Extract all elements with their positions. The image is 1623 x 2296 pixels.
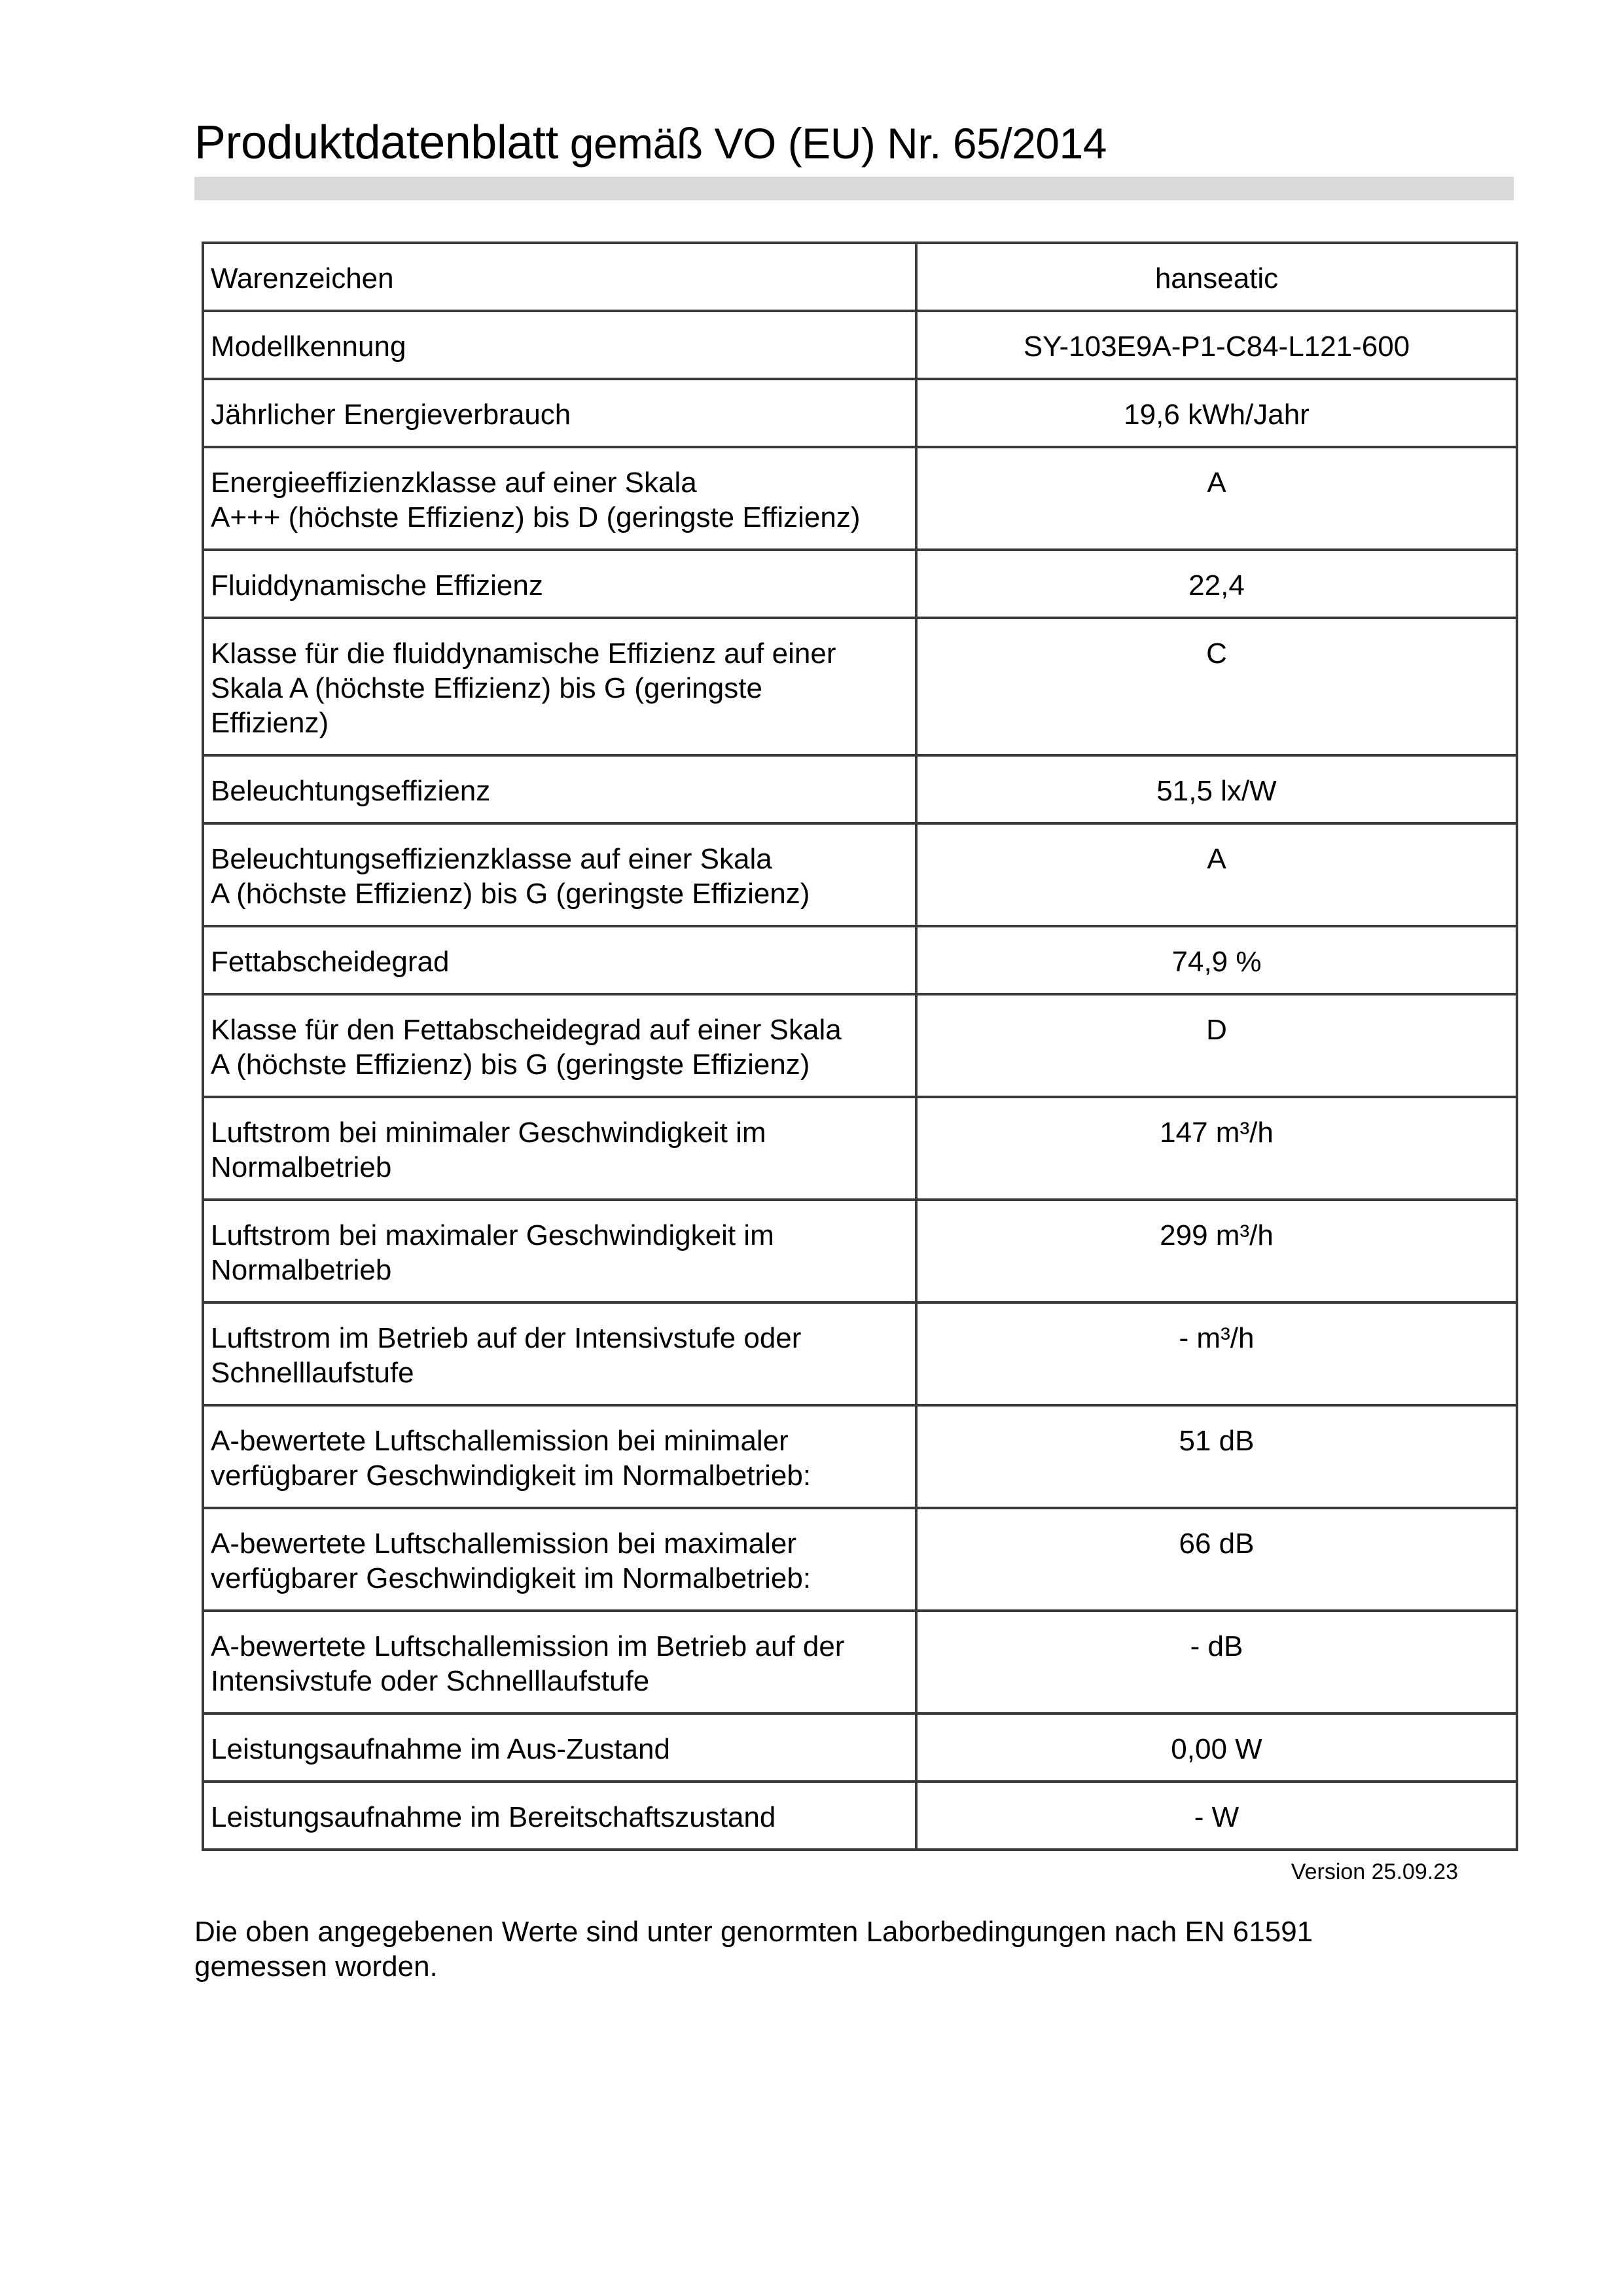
product-data-table: WarenzeichenhanseaticModellkennungSY-103… <box>202 242 1518 1851</box>
page-title: Produktdatenblatt gemäß VO (EU) Nr. 65/2… <box>194 115 1107 171</box>
table-row: Klasse für den Fettabscheidegrad auf ein… <box>203 994 1517 1097</box>
table-row: Warenzeichenhanseatic <box>203 243 1517 311</box>
row-value: C <box>916 618 1517 755</box>
row-label: Jährlicher Energieverbrauch <box>203 379 916 447</box>
version-label: Version 25.09.23 <box>1291 1859 1458 1885</box>
table-row: A-bewertete Luftschallemission im Betrie… <box>203 1611 1517 1713</box>
row-label: A-bewertete Luftschallemission bei maxim… <box>203 1508 916 1611</box>
table-row: Fettabscheidegrad74,9 % <box>203 926 1517 994</box>
row-label: Beleuchtungseffizienz <box>203 755 916 823</box>
row-value: 66 dB <box>916 1508 1517 1611</box>
table-row: Klasse für die fluiddynamische Effizienz… <box>203 618 1517 755</box>
table-row: ModellkennungSY-103E9A-P1-C84-L121-600 <box>203 311 1517 379</box>
title-main: Produktdatenblatt <box>194 117 558 169</box>
row-value: - m³/h <box>916 1302 1517 1405</box>
row-label: Warenzeichen <box>203 243 916 311</box>
row-value: A <box>916 447 1517 550</box>
table-row: Beleuchtungseffizienz51,5 lx/W <box>203 755 1517 823</box>
row-value: 22,4 <box>916 550 1517 618</box>
row-value: A <box>916 823 1517 926</box>
row-label: Energieeffizienzklasse auf einer Skala A… <box>203 447 916 550</box>
row-label: Leistungsaufnahme im Bereitschaftszustan… <box>203 1782 916 1850</box>
row-label: Luftstrom im Betrieb auf der Intensivstu… <box>203 1302 916 1405</box>
table-row: Luftstrom bei maximaler Geschwindigkeit … <box>203 1200 1517 1302</box>
row-label: Klasse für die fluiddynamische Effizienz… <box>203 618 916 755</box>
row-label: Luftstrom bei maximaler Geschwindigkeit … <box>203 1200 916 1302</box>
row-value: D <box>916 994 1517 1097</box>
row-value: SY-103E9A-P1-C84-L121-600 <box>916 311 1517 379</box>
title-regulation: gemäß VO (EU) Nr. 65/2014 <box>558 119 1107 168</box>
row-label: Fluiddynamische Effizienz <box>203 550 916 618</box>
table-row: Luftstrom bei minimaler Geschwindigkeit … <box>203 1097 1517 1200</box>
row-label: Beleuchtungseffizienzklasse auf einer Sk… <box>203 823 916 926</box>
title-underline-bar <box>194 177 1514 200</box>
table-row: Fluiddynamische Effizienz22,4 <box>203 550 1517 618</box>
table-row: A-bewertete Luftschallemission bei minim… <box>203 1405 1517 1508</box>
table-row: Beleuchtungseffizienzklasse auf einer Sk… <box>203 823 1517 926</box>
table-row: A-bewertete Luftschallemission bei maxim… <box>203 1508 1517 1611</box>
row-value: 0,00 W <box>916 1713 1517 1782</box>
row-label: A-bewertete Luftschallemission bei minim… <box>203 1405 916 1508</box>
row-label: A-bewertete Luftschallemission im Betrie… <box>203 1611 916 1713</box>
footer-note: Die oben angegebenen Werte sind unter ge… <box>194 1914 1503 1984</box>
row-label: Luftstrom bei minimaler Geschwindigkeit … <box>203 1097 916 1200</box>
row-value: 51 dB <box>916 1405 1517 1508</box>
row-value: - dB <box>916 1611 1517 1713</box>
row-label: Modellkennung <box>203 311 916 379</box>
row-label: Klasse für den Fettabscheidegrad auf ein… <box>203 994 916 1097</box>
table-row: Leistungsaufnahme im Aus-Zustand0,00 W <box>203 1713 1517 1782</box>
table-row: Luftstrom im Betrieb auf der Intensivstu… <box>203 1302 1517 1405</box>
row-value: 299 m³/h <box>916 1200 1517 1302</box>
row-value: 19,6 kWh/Jahr <box>916 379 1517 447</box>
table-row: Jährlicher Energieverbrauch19,6 kWh/Jahr <box>203 379 1517 447</box>
table-row: Energieeffizienzklasse auf einer Skala A… <box>203 447 1517 550</box>
row-value: hanseatic <box>916 243 1517 311</box>
row-label: Fettabscheidegrad <box>203 926 916 994</box>
row-value: 51,5 lx/W <box>916 755 1517 823</box>
row-value: - W <box>916 1782 1517 1850</box>
row-value: 74,9 % <box>916 926 1517 994</box>
table-row: Leistungsaufnahme im Bereitschaftszustan… <box>203 1782 1517 1850</box>
row-value: 147 m³/h <box>916 1097 1517 1200</box>
row-label: Leistungsaufnahme im Aus-Zustand <box>203 1713 916 1782</box>
